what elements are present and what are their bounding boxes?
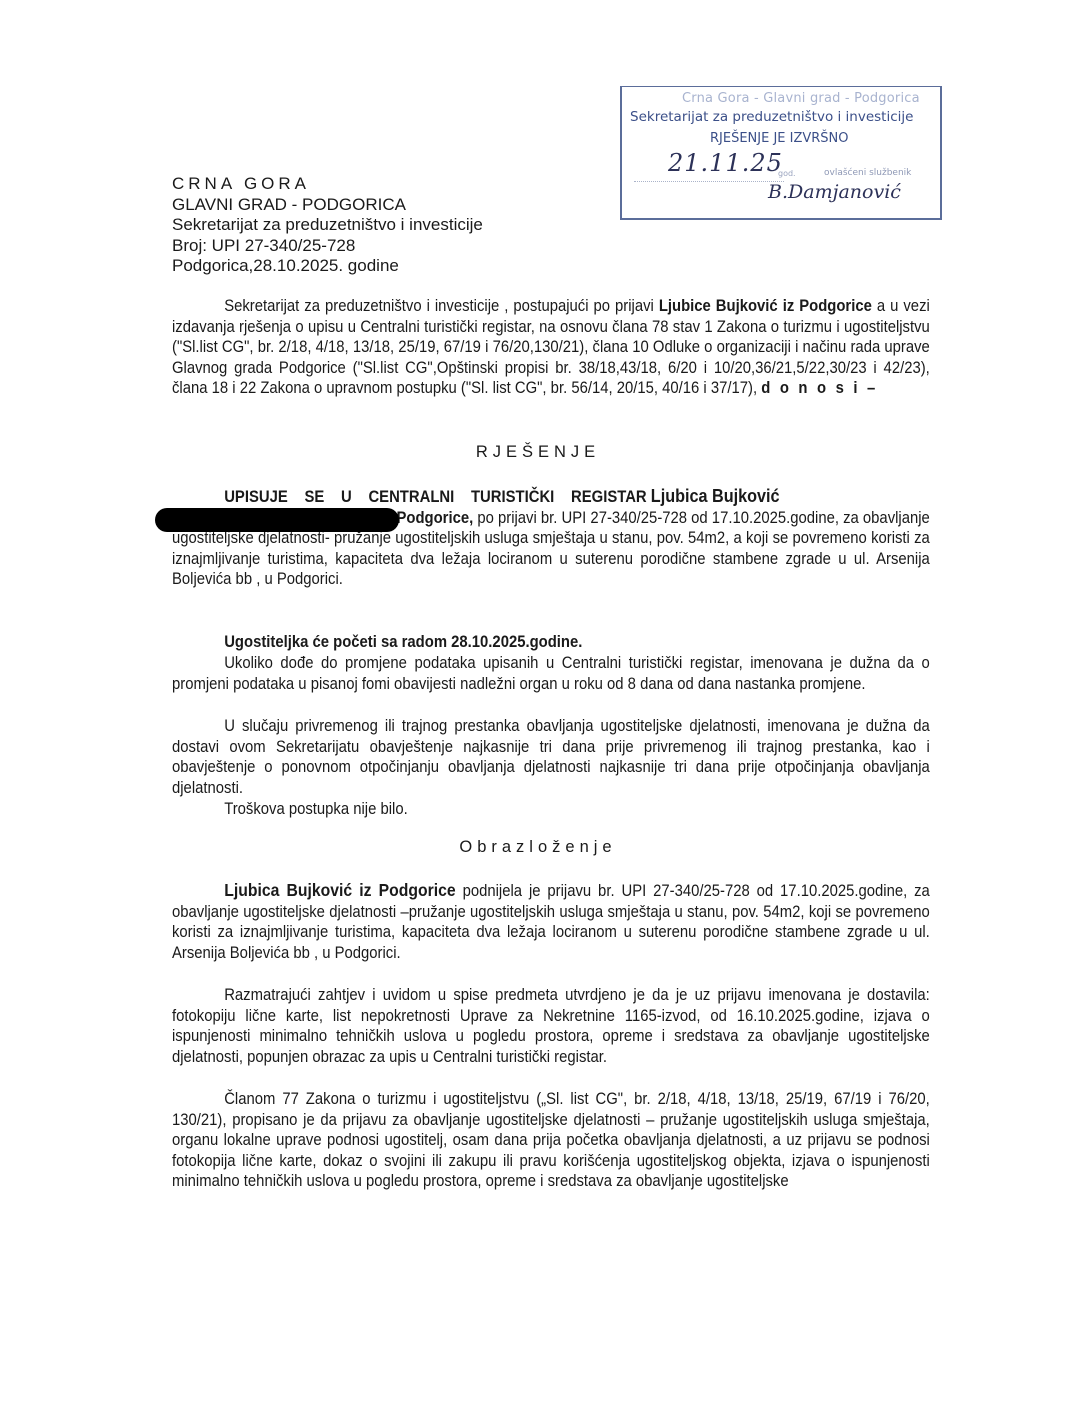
change-obligation-paragraph: Ukoliko dođe do promjene podataka upisan… <box>172 653 930 694</box>
executive-stamp: Crna Gora - Glavni grad - Podgorica Sekr… <box>620 86 942 220</box>
stamp-date-suffix: god. <box>778 169 796 178</box>
header-case-number: Broj: UPI 27-340/25-728 <box>172 236 483 257</box>
intro-applicant: Ljubice Bujković iz Podgorice <box>659 297 872 315</box>
stamp-status-line: RJEŠENJE JE IZVRŠNO <box>710 131 849 146</box>
start-date-statement: Ugostiteljka će početi sa radom 28.10.20… <box>172 632 930 653</box>
decision-paragraph: UPISUJE SE U CENTRALNI TURISTIČKI REGIST… <box>172 486 930 590</box>
header-city: GLAVNI GRAD - PODGORICA <box>172 195 483 216</box>
cessation-paragraph: U slučaju privremenog ili trajnog presta… <box>172 716 930 798</box>
reasoning-applicant: Ljubica Bujković iz Podgorice <box>224 880 455 900</box>
header-place-date: Podgorica,28.10.2025. godine <box>172 256 483 277</box>
intro-text-1: Sekretarijat za preduzetništvo i investi… <box>224 297 659 315</box>
stamp-signature: B.Damjanović <box>768 181 901 203</box>
decision-title: RJEŠENJE <box>0 443 1082 462</box>
reasoning-title: Obrazloženje <box>0 838 1082 857</box>
stamp-official-label: ovlašćeni službenik <box>824 168 911 178</box>
reasoning-paragraph-3: Članom 77 Zakona o turizmu i ugostiteljs… <box>172 1089 930 1192</box>
reasoning-paragraph-2: Razmatrajući zahtjev i uvidom u spise pr… <box>172 985 930 1067</box>
decision-lead: UPISUJE SE U CENTRALNI TURISTIČKI REGIST… <box>224 488 646 506</box>
header-country: CRNA GORA <box>172 174 483 195</box>
document-header: CRNA GORA GLAVNI GRAD - PODGORICA Sekret… <box>172 174 483 277</box>
intro-donosi: d o n o s i – <box>761 379 878 397</box>
redaction-bar <box>155 508 399 532</box>
costs-statement: Troškova postupka nije bilo. <box>172 799 930 820</box>
stamp-date-line <box>634 181 784 182</box>
decision-name: Ljubica Bujković <box>651 486 780 506</box>
stamp-authority-line: Crna Gora - Glavni grad - Podgorica <box>682 91 920 106</box>
stamp-department-line: Sekretarijat za preduzetništvo i investi… <box>630 109 913 125</box>
stamp-handwritten-date: 21.11.25 <box>668 149 783 177</box>
intro-paragraph: Sekretarijat za preduzetništvo i investi… <box>172 296 930 399</box>
header-department: Sekretarijat za preduzetništvo i investi… <box>172 215 483 236</box>
reasoning-paragraph-1: Ljubica Bujković iz Podgorice podnijela … <box>172 880 930 963</box>
